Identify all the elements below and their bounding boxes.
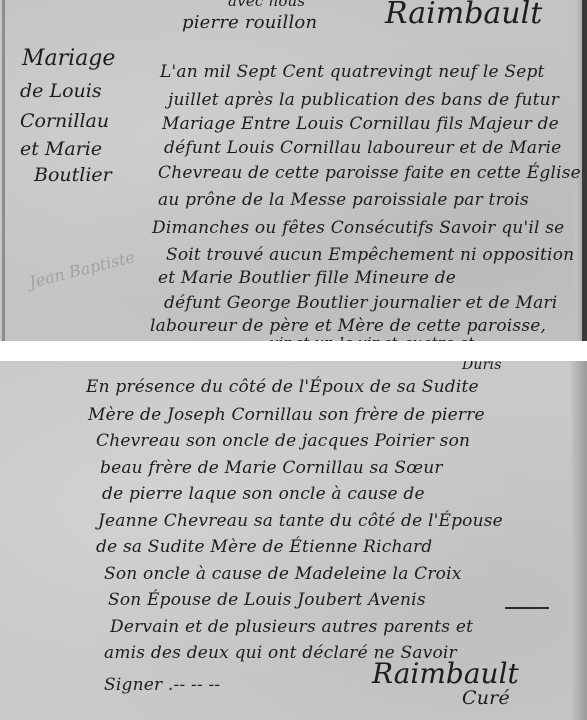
entry-line: Signer .-- -- --	[104, 675, 220, 695]
entry-line: défunt Louis Cornillau laboureur et de M…	[164, 138, 561, 158]
header-fragment: avec nous	[228, 0, 305, 10]
margin-title-line: Cornillau	[20, 110, 109, 132]
margin-title-line: de Louis	[20, 80, 102, 102]
entry-line: beau frère de Marie Cornillau sa Sœur	[100, 458, 443, 478]
entry-line: Dervain et de plusieurs autres parents e…	[110, 617, 473, 637]
page-edge-right	[582, 0, 587, 341]
entry-line: Jeanne Chevreau sa tante du côté de l'Ép…	[98, 511, 503, 531]
line-filler-dash	[505, 607, 549, 609]
entry-line: de sa Sudite Mère de Étienne Richard	[96, 537, 432, 557]
margin-title-line: Mariage	[22, 46, 115, 71]
entry-line: Son Épouse de Louis Joubert Avenis	[108, 590, 426, 610]
entry-line: de pierre laque son oncle à cause de	[102, 484, 425, 504]
entry-line: Dimanches ou fêtes Consécutifs Savoir qu…	[152, 218, 564, 238]
entry-line: et Marie Boutlier fille Mineure de	[158, 268, 456, 288]
priest-title: Curé	[462, 687, 510, 709]
header-fragment: Duris	[462, 361, 502, 373]
entry-line: En présence du côté de l'Époux de sa Sud…	[86, 377, 479, 397]
entry-line: au prône de la Messe paroissiale par tro…	[158, 190, 529, 210]
register-page-top: avec nous pierre rouillon Raimbault Mari…	[0, 0, 587, 341]
entry-line: Chevreau de cette paroisse faite en cett…	[158, 163, 581, 183]
register-page-bottom: Duris En présence du côté de l'Époux de …	[0, 361, 587, 720]
entry-line: défunt George Boutlier journalier et de …	[164, 293, 557, 313]
priest-signature: Raimbault	[372, 657, 519, 690]
entry-line: juillet après la publication des bans de…	[168, 90, 559, 110]
margin-title-line: et Marie	[20, 138, 102, 160]
entry-line: Soit trouvé aucun Empêchement ni opposit…	[166, 245, 574, 265]
entry-line: Chevreau son oncle de jacques Poirier so…	[96, 431, 470, 451]
header-signature: Raimbault	[385, 0, 542, 31]
entry-line: laboureur de père et Mère de cette paroi…	[150, 316, 546, 336]
margin-title-line: Boutlier	[34, 164, 112, 186]
entry-line-cut: ... vingt un le vingt quatre et	[250, 334, 474, 341]
header-line: pierre rouillon	[182, 12, 317, 33]
entry-line: Mariage Entre Louis Cornillau fils Majeu…	[162, 114, 559, 134]
entry-line: Mère de Joseph Cornillau son frère de pi…	[88, 405, 485, 425]
bleed-through-text: Jean Baptiste	[27, 247, 136, 292]
page-shadow-right	[571, 361, 587, 720]
entry-line: L'an mil Sept Cent quatrevingt neuf le S…	[160, 62, 545, 82]
entry-line: Son oncle à cause de Madeleine la Croix	[104, 564, 462, 584]
page-edge-left	[2, 0, 5, 341]
